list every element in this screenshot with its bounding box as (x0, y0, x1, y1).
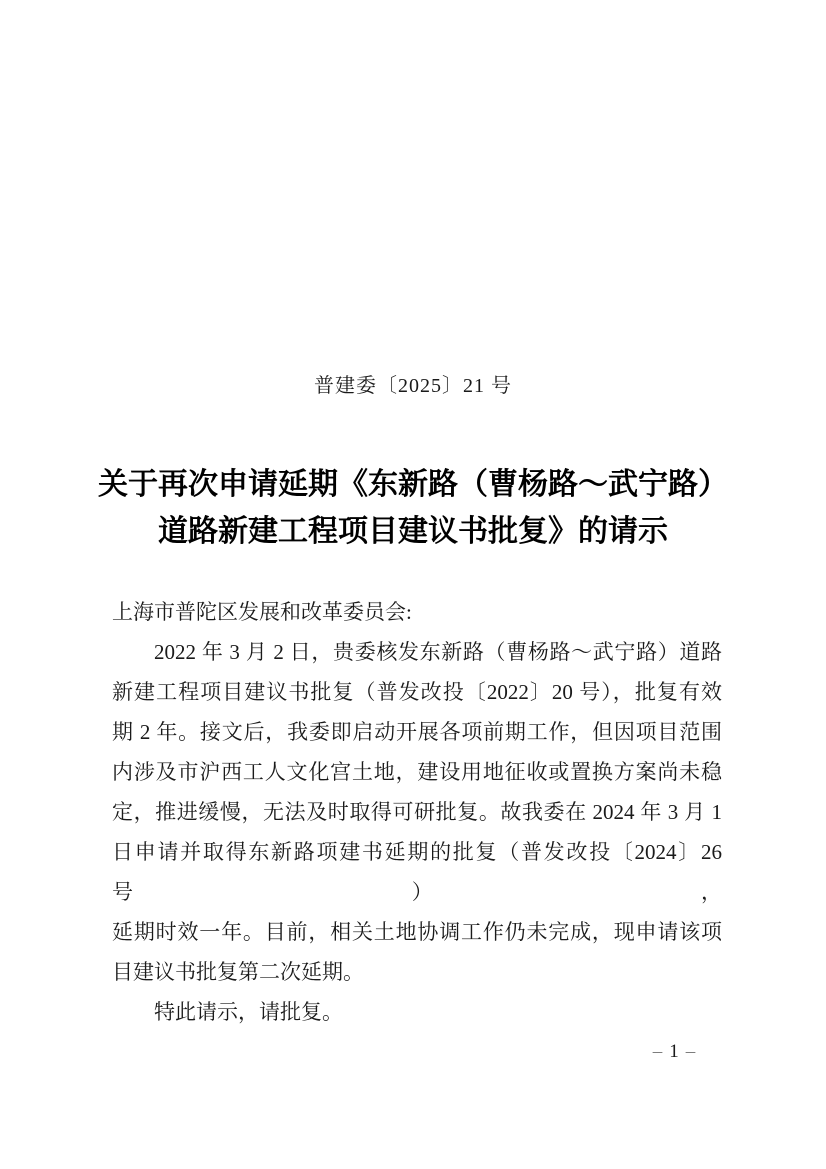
page-number-dash-right: – (679, 1041, 703, 1062)
paragraph-line: 内涉及市沪西工人文化宫土地，建设用地征收或置换方案尚未稳 (112, 752, 722, 792)
document-body: 上海市普陀区发展和改革委员会: 2022 年 3 月 2 日，贵委核发东新路（曹… (112, 592, 722, 1032)
closing-line: 特此请示，请批复。 (112, 992, 722, 1032)
document-page: 普建委〔2025〕21 号 关于再次申请延期《东新路（曹杨路～武宁路） 道路新建… (0, 0, 826, 1169)
paragraph-line: 新建工程项目建议书批复（普发改投〔2022〕20 号），批复有效 (112, 672, 722, 712)
page-number-value: 1 (669, 1041, 679, 1062)
page-number: –1– (614, 1040, 734, 1064)
paragraph-line: 期 2 年。接文后，我委即启动开展各项前期工作，但因项目范围 (112, 712, 722, 752)
paragraph-line: 2022 年 3 月 2 日，贵委核发东新路（曹杨路～武宁路）道路 (112, 632, 722, 672)
document-number: 普建委〔2025〕21 号 (0, 372, 826, 400)
paragraph-line: 定，推进缓慢，无法及时取得可研批复。故我委在 2024 年 3 月 1 (112, 792, 722, 832)
paragraph-line: 延期时效一年。目前，相关土地协调工作仍未完成，现申请该项 (112, 912, 722, 952)
document-title-line-2: 道路新建工程项目建议书批复》的请示 (63, 508, 763, 555)
document-title: 关于再次申请延期《东新路（曹杨路～武宁路） 道路新建工程项目建议书批复》的请示 (63, 461, 763, 555)
document-title-line-1: 关于再次申请延期《东新路（曹杨路～武宁路） (63, 461, 763, 508)
addressee-line: 上海市普陀区发展和改革委员会: (112, 592, 722, 632)
page-number-dash-left: – (646, 1041, 670, 1062)
paragraph-line: 日申请并取得东新路项建书延期的批复（普发改投〔2024〕26 号）， (112, 832, 722, 912)
paragraph-line: 目建议书批复第二次延期。 (112, 952, 722, 992)
